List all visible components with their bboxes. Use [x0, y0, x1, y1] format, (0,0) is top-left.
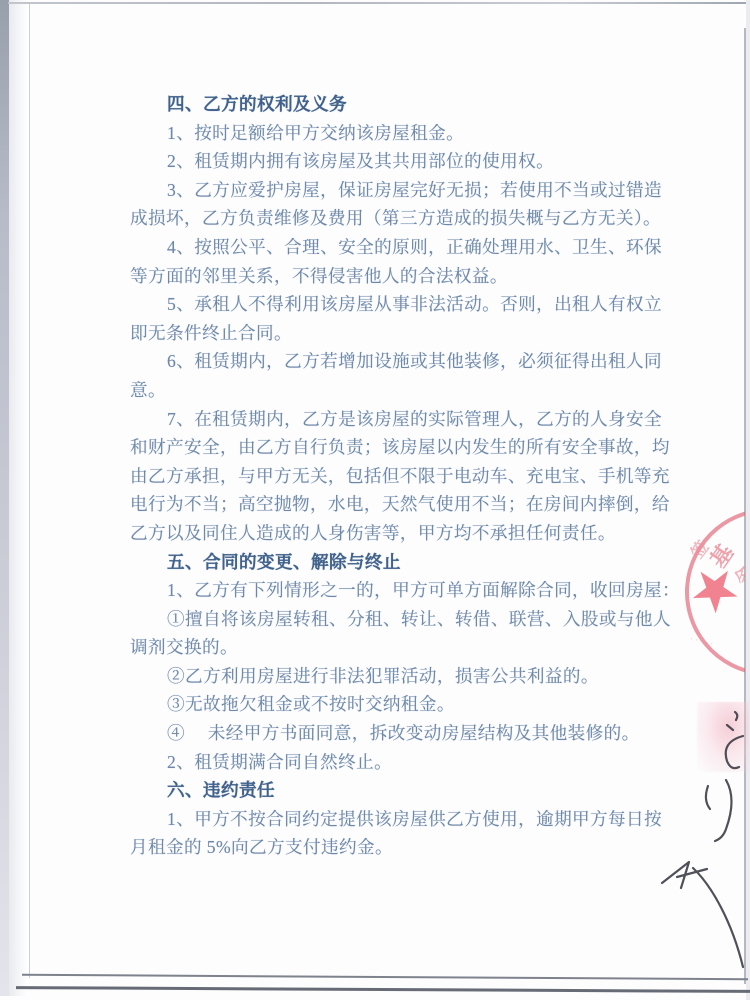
contract-line: 由乙方承担，与甲方无关，包括但不限于电动车、充电宝、手机等充: [130, 462, 690, 491]
contract-line: 7、在租赁期内，乙方是该房屋的实际管理人，乙方的人身安全: [130, 405, 690, 434]
contract-line: 四、乙方的权利及义务: [130, 90, 690, 119]
contract-line: 2、租赁期内拥有该房屋及其共用部位的使用权。: [130, 147, 690, 176]
handwriting-stroke: [706, 780, 732, 841]
contract-line: 1、甲方不按合同约定提供该房屋供乙方使用，逾期甲方每日按: [130, 805, 690, 834]
contract-line: 和财产安全，由乙方自行负责；该房屋以内发生的所有安全事故，均: [130, 433, 690, 462]
contract-line: 3、乙方应爱护房屋，保证房屋完好无损；若使用不当或过错造: [130, 176, 690, 205]
contract-line: 即无条件终止合同。: [130, 319, 690, 348]
contract-line: 等方面的邻里关系，不得侵害他人的合法权益。: [130, 262, 690, 291]
contract-line: ④ 未经甲方书面同意，拆改变动房屋结构及其他装修的。: [130, 719, 690, 748]
contract-line: 成损坏，乙方负责维修及费用（第三方造成的损失概与乙方无关）。: [130, 204, 690, 233]
handwriting-marks: [640, 690, 750, 980]
contract-line: 乙方以及同住人造成的人身伤害等，甲方均不承担任何责任。: [130, 519, 690, 548]
underlying-page-edge-line: [29, 3, 30, 978]
red-seal-stamp: 签 基 金 ★ ·····: [660, 500, 745, 680]
contract-line: ③无故拖欠租金或不按时交纳租金。: [130, 690, 690, 719]
contract-line: 5、承租人不得利用该房屋从事非法活动。否则，出租人有权立: [130, 290, 690, 319]
contract-line: ①擅自将该房屋转租、分租、转让、转借、联营、入股或与他人: [130, 605, 690, 634]
contract-line: 2、租赁期满合同自然终止。: [130, 748, 690, 777]
contract-line: 意。: [130, 376, 690, 405]
contract-line: 电行为不当；高空抛物，水电，天然气使用不当；在房间内摔倒，给: [130, 490, 690, 519]
contract-line: 五、合同的变更、解除与终止: [130, 548, 690, 577]
page-top-edge-line: [8, 2, 750, 4]
contract-line: 六、违约责任: [130, 776, 690, 805]
scanned-contract-page: 四、乙方的权利及义务1、按时足额给甲方交纳该房屋租金。2、租赁期内拥有该房屋及其…: [0, 0, 750, 1000]
contract-line: 1、按时足额给甲方交纳该房屋租金。: [130, 119, 690, 148]
stacked-page-bottom-line: [16, 986, 750, 992]
contract-text-block: 四、乙方的权利及义务1、按时足额给甲方交纳该房屋租金。2、租赁期内拥有该房屋及其…: [130, 90, 690, 862]
contract-line: 调剂交换的。: [130, 633, 690, 662]
handwriting-stroke: [662, 862, 743, 967]
contract-line: 1、乙方有下列情形之一的，甲方可单方面解除合同，收回房屋：: [130, 576, 690, 605]
handwriting-stroke: [726, 712, 743, 768]
scan-left-edge-shadow: [0, 0, 9, 996]
scan-left-edge-fade: [9, 0, 29, 996]
contract-line: ②乙方利用房屋进行非法犯罪活动，损害公共利益的。: [130, 662, 690, 691]
contract-line: 6、租赁期内，乙方若增加设施或其他装修，必须征得出租人同: [130, 347, 690, 376]
contract-line: 4、按照公平、合理、安全的原则，正确处理用水、卫生、环保: [130, 233, 690, 262]
contract-line: 月租金的 5%向乙方支付违约金。: [130, 833, 690, 862]
